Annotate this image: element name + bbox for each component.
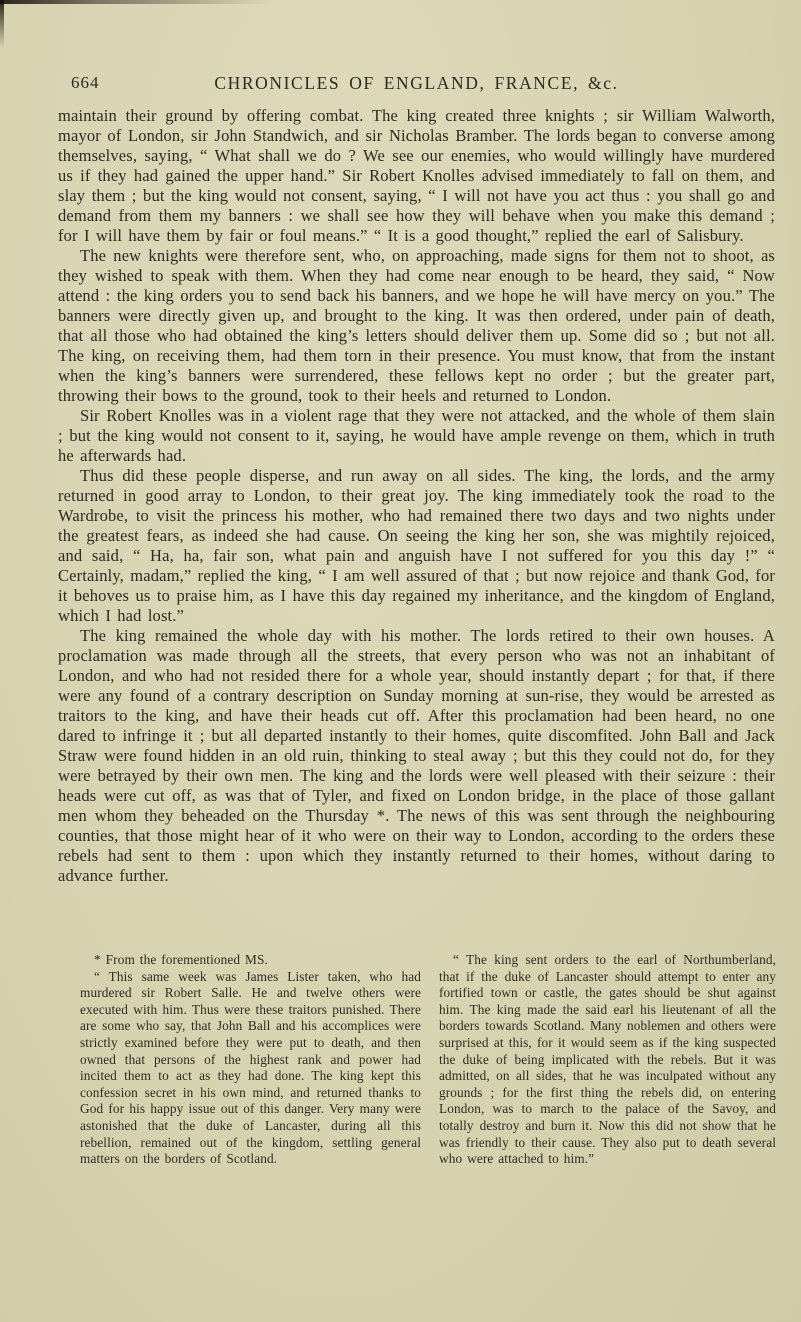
scan-edge-top (0, 0, 270, 4)
page-number: 664 (71, 73, 100, 93)
book-page: 664 CHRONICLES OF ENGLAND, FRANCE, &c. m… (0, 0, 801, 1322)
body-paragraph: Thus did these people disperse, and run … (58, 466, 775, 626)
body-paragraph: maintain their ground by offering combat… (58, 106, 775, 246)
body-paragraph: Sir Robert Knolles was in a violent rage… (58, 406, 775, 466)
running-title: CHRONICLES OF ENGLAND, FRANCE, &c. (58, 73, 775, 94)
body-paragraph: The king remained the whole day with his… (58, 626, 775, 886)
footnote-text: “ The king sent orders to the earl of No… (439, 952, 776, 1168)
page-header: 664 CHRONICLES OF ENGLAND, FRANCE, &c. (58, 73, 775, 93)
scan-edge-left (0, 0, 4, 48)
footnote-source: * From the forementioned MS. (80, 952, 421, 969)
footnote-text: “ This same week was James Lister taken,… (80, 969, 421, 1168)
footnote-column-right: “ The king sent orders to the earl of No… (439, 952, 776, 1168)
footnote-column-left: * From the forementioned MS. “ This same… (80, 952, 421, 1168)
body-paragraph: The new knights were therefore sent, who… (58, 246, 775, 406)
footnotes-section: * From the forementioned MS. “ This same… (80, 952, 776, 1168)
main-text: maintain their ground by offering combat… (58, 106, 775, 886)
